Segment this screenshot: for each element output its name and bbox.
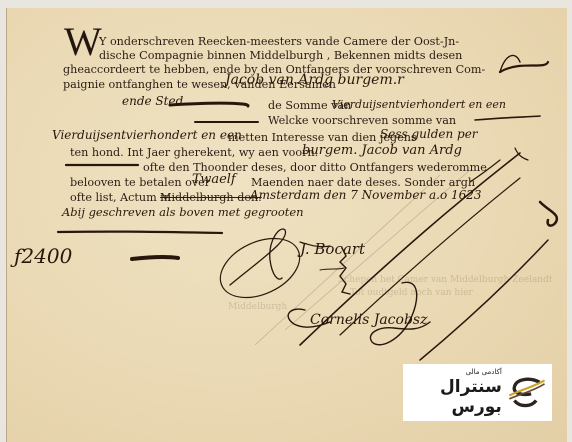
- signature-2: Cornelis Jacobsz: [310, 312, 427, 328]
- printed-line-13-struck: Middelburgh den.: [160, 190, 262, 206]
- logo-subtitle: آکادمی مالی: [403, 368, 502, 377]
- handwritten-months: Twaelf: [192, 172, 236, 187]
- handwritten-sum-1: Vierduijsentvierhondert en een: [332, 98, 506, 111]
- signature-1: J. Bocart: [300, 240, 365, 258]
- printed-line-10: belooven te betalen over: [70, 175, 210, 191]
- printed-line-12: ofte list, Actum in: [70, 190, 171, 206]
- handwritten-name: Jacob van Ardg burgem.r: [225, 72, 404, 88]
- ghost-text-1: Schepen het Camer van Middelburgh Zeelan…: [338, 275, 552, 285]
- handwritten-rate: Sess gulden per: [380, 127, 478, 141]
- academy-logo: آکادمی مالی سنترال بورس: [403, 364, 552, 421]
- handwritten-sum-2: Vierduijsentvierhondert en een: [52, 128, 242, 142]
- printed-line-8: ten hond. Int Jaer gherekent, wy aen voo…: [70, 145, 318, 161]
- logo-title: سنترال بورس: [403, 377, 502, 417]
- dropcap-letter: W: [64, 22, 102, 62]
- handwritten-subname: ende Sted: [122, 94, 183, 108]
- handwritten-note: Abij geschreven als boven met gegrooten: [62, 205, 304, 219]
- handwritten-place-date: Amsterdam den 7 November a.o 1623: [250, 188, 482, 202]
- logo-text: آکادمی مالی سنترال بورس: [403, 368, 502, 417]
- ghost-text-2: Tot oudtgeld noch van hier: [350, 288, 473, 298]
- swoosh-logo-icon: [506, 372, 546, 414]
- handwritten-amount: ƒ2400: [14, 244, 72, 268]
- handwritten-holder: burgem. Jacob van Ardg: [302, 143, 462, 158]
- ghost-text-3: Middelburgh: [228, 302, 287, 312]
